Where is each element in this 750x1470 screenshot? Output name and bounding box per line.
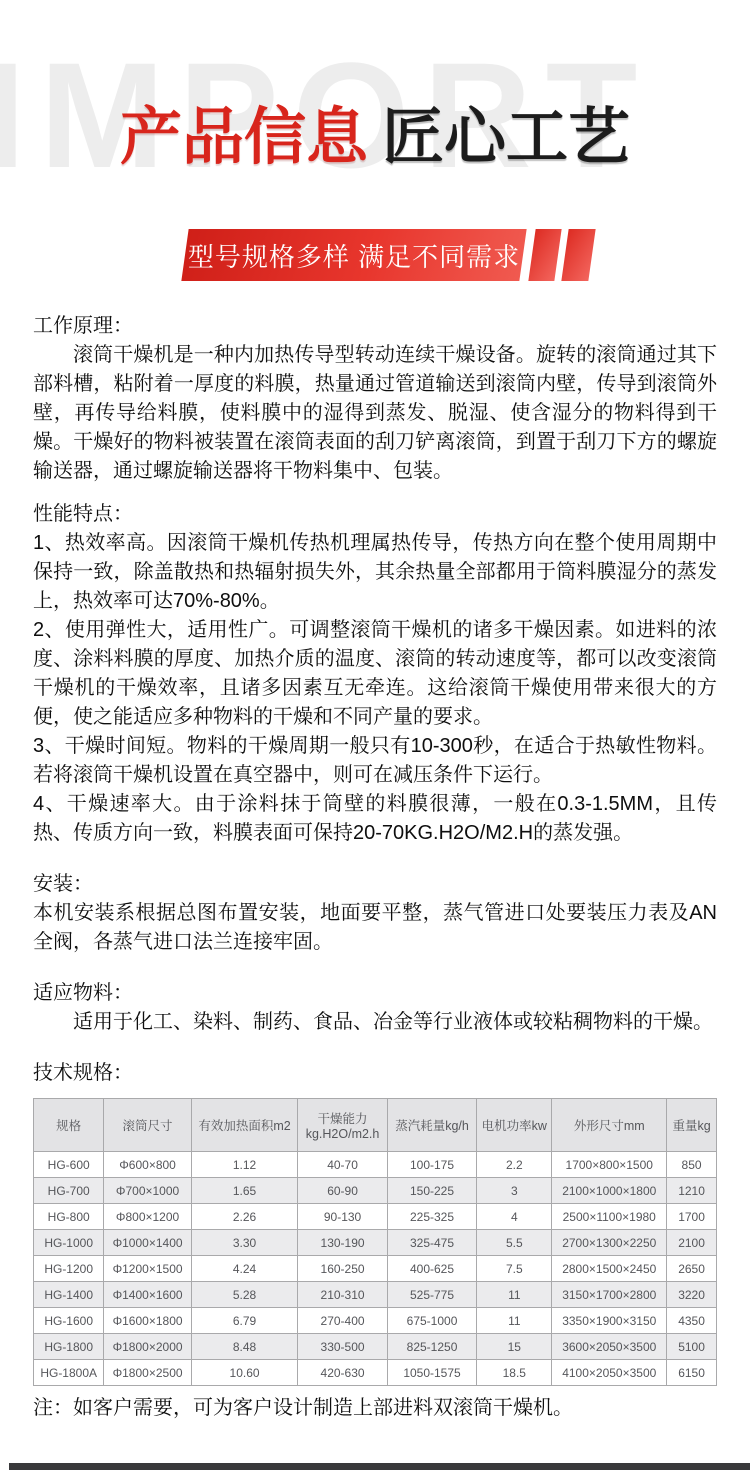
spec-cell: 5100 [667, 1334, 717, 1360]
spec-table-row: HG-1600Φ1600×18006.79270-400675-10001133… [34, 1308, 717, 1334]
title-product-info: 产品信息 [120, 103, 368, 172]
feature-item-2: 2、使用弹性大，适用性广。可调整滚筒干燥机的诸多干燥因素。如进料的浓度、涂料料膜… [33, 616, 717, 732]
spec-cell: 11 [477, 1282, 552, 1308]
spec-cell: Φ1000×1400 [104, 1230, 191, 1256]
spec-cell: 270-400 [298, 1308, 387, 1334]
spec-table: 规格滚筒尺寸有效加热面积m2干燥能力 kg.H2O/m2.h蒸汽耗量kg/h电机… [33, 1098, 717, 1386]
spec-cell: 850 [667, 1152, 717, 1178]
title-craftsmanship: 匠心工艺 [382, 103, 630, 172]
spec-table-row: HG-1400Φ1400×16005.28210-310525-77511315… [34, 1282, 717, 1308]
spec-cell: 2650 [667, 1256, 717, 1282]
section-installation: 安装： 本机安装系根据总图布置安装，地面要平整，蒸气管进口处要装压力表及AN全阀… [33, 870, 717, 957]
spec-cell: 18.5 [477, 1360, 552, 1386]
spec-cell: Φ1600×1800 [104, 1308, 191, 1334]
spec-cell: 40-70 [298, 1152, 387, 1178]
working-principle-body: 滚筒干燥机是一种内加热传导型转动连续干燥设备。旋转的滚筒通过其下部料槽，粘附着一… [33, 341, 717, 486]
section-working-principle: 工作原理： 滚筒干燥机是一种内加热传导型转动连续干燥设备。旋转的滚筒通过其下部料… [33, 312, 717, 486]
spec-cell: 7.5 [477, 1256, 552, 1282]
spec-cell: 4.24 [191, 1256, 298, 1282]
spec-column-header: 规格 [34, 1099, 104, 1152]
spec-cell: 2.2 [477, 1152, 552, 1178]
spec-cell: 8.48 [191, 1334, 298, 1360]
spec-cell: 1.12 [191, 1152, 298, 1178]
ribbon-stripe-1 [528, 229, 561, 281]
spec-cell: 5.5 [477, 1230, 552, 1256]
spec-column-header: 蒸汽耗量kg/h [387, 1099, 476, 1152]
spec-cell: 60-90 [298, 1178, 387, 1204]
spec-cell: 130-190 [298, 1230, 387, 1256]
spec-cell: 3350×1900×3150 [552, 1308, 667, 1334]
spec-cell: 325-475 [387, 1230, 476, 1256]
spec-cell: 210-310 [298, 1282, 387, 1308]
ribbon-stripe-2 [561, 229, 595, 281]
spec-cell: Φ1400×1600 [104, 1282, 191, 1308]
spec-cell: HG-600 [34, 1152, 104, 1178]
spec-cell: 1700×800×1500 [552, 1152, 667, 1178]
spec-cell: 1210 [667, 1178, 717, 1204]
page-title: 产品信息匠心工艺 [0, 102, 750, 173]
feature-item-4: 4、干燥速率大。由于涂料抹于筒壁的料膜很薄，一般在0.3-1.5MM，且传热、传… [33, 790, 717, 848]
spec-cell: HG-1800 [34, 1334, 104, 1360]
spec-cell: 1050-1575 [387, 1360, 476, 1386]
working-principle-heading: 工作原理： [33, 312, 717, 341]
ribbon-text: 型号规格多样 满足不同需求 [188, 237, 520, 274]
spec-cell: 400-625 [387, 1256, 476, 1282]
spec-note: 注：如客户需要，可为客户设计制造上部进料双滚筒干燥机。 [33, 1394, 717, 1423]
spec-cell: 6.79 [191, 1308, 298, 1334]
spec-table-row: HG-1000Φ1000×14003.30130-190325-4755.527… [34, 1230, 717, 1256]
spec-cell: 525-775 [387, 1282, 476, 1308]
product-info-page: IMPORT 产品信息匠心工艺 型号规格多样 满足不同需求 工作原理： 滚筒干燥… [0, 0, 750, 1470]
feature-item-3: 3、干燥时间短。物料的干燥周期一般只有10-300秒，在适合于热敏性物料。若将滚… [33, 732, 717, 790]
section-features: 性能特点： 1、热效率高。因滚筒干燥机传热机理属热传导，传热方向在整个使用周期中… [33, 500, 717, 848]
section-technical-specs: 技术规格： 规格滚筒尺寸有效加热面积m2干燥能力 kg.H2O/m2.h蒸汽耗量… [33, 1059, 717, 1423]
spec-table-header-row: 规格滚筒尺寸有效加热面积m2干燥能力 kg.H2O/m2.h蒸汽耗量kg/h电机… [34, 1099, 717, 1152]
header-banner: IMPORT 产品信息匠心工艺 型号规格多样 满足不同需求 [0, 0, 750, 300]
spec-cell: 90-130 [298, 1204, 387, 1230]
spec-column-header: 电机功率kw [477, 1099, 552, 1152]
spec-cell: 225-325 [387, 1204, 476, 1230]
content-area: 工作原理： 滚筒干燥机是一种内加热传导型转动连续干燥设备。旋转的滚筒通过其下部料… [0, 300, 750, 1423]
spec-cell: 2100×1000×1800 [552, 1178, 667, 1204]
spec-cell: 15 [477, 1334, 552, 1360]
spec-cell: Φ1800×2000 [104, 1334, 191, 1360]
spec-column-header: 滚筒尺寸 [104, 1099, 191, 1152]
spec-table-row: HG-700Φ700×10001.6560-90150-22532100×100… [34, 1178, 717, 1204]
spec-column-header: 有效加热面积m2 [191, 1099, 298, 1152]
spec-column-header: 外形尺寸mm [552, 1099, 667, 1152]
spec-cell: Φ700×1000 [104, 1178, 191, 1204]
spec-cell: 675-1000 [387, 1308, 476, 1334]
subtitle-ribbon: 型号规格多样 满足不同需求 [185, 229, 605, 281]
spec-cell: 2100 [667, 1230, 717, 1256]
spec-cell: 420-630 [298, 1360, 387, 1386]
spec-column-header: 干燥能力 kg.H2O/m2.h [298, 1099, 387, 1152]
bottom-divider [9, 1463, 750, 1470]
spec-cell: HG-1600 [34, 1308, 104, 1334]
spec-cell: 2500×1100×1980 [552, 1204, 667, 1230]
spec-cell: Φ1200×1500 [104, 1256, 191, 1282]
feature-item-1: 1、热效率高。因滚筒干燥机传热机理属热传导，传热方向在整个使用周期中保持一致，除… [33, 529, 717, 616]
spec-table-row: HG-1800Φ1800×20008.48330-500825-12501536… [34, 1334, 717, 1360]
section-applicable-materials: 适应物料： 适用于化工、染料、制药、食品、冶金等行业液体或较粘稠物料的干燥。 [33, 979, 717, 1037]
installation-body: 本机安装系根据总图布置安装，地面要平整，蒸气管进口处要装压力表及AN全阀，各蒸气… [33, 899, 717, 957]
spec-cell: 3150×1700×2800 [552, 1282, 667, 1308]
spec-table-row: HG-600Φ600×8001.1240-70100-1752.21700×80… [34, 1152, 717, 1178]
spec-cell: 4100×2050×3500 [552, 1360, 667, 1386]
installation-heading: 安装： [33, 870, 717, 899]
materials-heading: 适应物料： [33, 979, 717, 1008]
spec-cell: HG-1800A [34, 1360, 104, 1386]
spec-cell: 3600×2050×3500 [552, 1334, 667, 1360]
spec-cell: 100-175 [387, 1152, 476, 1178]
spec-table-row: HG-1200Φ1200×15004.24160-250400-6257.528… [34, 1256, 717, 1282]
spec-cell: Φ1800×2500 [104, 1360, 191, 1386]
spec-cell: 330-500 [298, 1334, 387, 1360]
spec-cell: HG-800 [34, 1204, 104, 1230]
ribbon-band: 型号规格多样 满足不同需求 [181, 229, 526, 281]
spec-cell: 4 [477, 1204, 552, 1230]
specs-heading: 技术规格： [33, 1059, 717, 1088]
spec-cell: 160-250 [298, 1256, 387, 1282]
spec-cell: Φ600×800 [104, 1152, 191, 1178]
spec-cell: 5.28 [191, 1282, 298, 1308]
materials-body: 适用于化工、染料、制药、食品、冶金等行业液体或较粘稠物料的干燥。 [33, 1008, 717, 1037]
spec-cell: 6150 [667, 1360, 717, 1386]
spec-cell: 10.60 [191, 1360, 298, 1386]
spec-cell: 150-225 [387, 1178, 476, 1204]
spec-cell: 11 [477, 1308, 552, 1334]
spec-cell: HG-700 [34, 1178, 104, 1204]
spec-cell: Φ800×1200 [104, 1204, 191, 1230]
spec-table-row: HG-1800AΦ1800×250010.60420-6301050-15751… [34, 1360, 717, 1386]
spec-cell: 4350 [667, 1308, 717, 1334]
spec-cell: 3.30 [191, 1230, 298, 1256]
spec-cell: 1700 [667, 1204, 717, 1230]
spec-cell: 2700×1300×2250 [552, 1230, 667, 1256]
spec-cell: 3 [477, 1178, 552, 1204]
spec-table-row: HG-800Φ800×12002.2690-130225-32542500×11… [34, 1204, 717, 1230]
spec-cell: HG-1200 [34, 1256, 104, 1282]
spec-cell: HG-1400 [34, 1282, 104, 1308]
spec-cell: 2800×1500×2450 [552, 1256, 667, 1282]
features-heading: 性能特点： [33, 500, 717, 529]
spec-cell: 2.26 [191, 1204, 298, 1230]
spec-cell: 3220 [667, 1282, 717, 1308]
spec-table-body: HG-600Φ600×8001.1240-70100-1752.21700×80… [34, 1152, 717, 1386]
spec-column-header: 重量kg [667, 1099, 717, 1152]
spec-cell: HG-1000 [34, 1230, 104, 1256]
spec-cell: 1.65 [191, 1178, 298, 1204]
spec-cell: 825-1250 [387, 1334, 476, 1360]
